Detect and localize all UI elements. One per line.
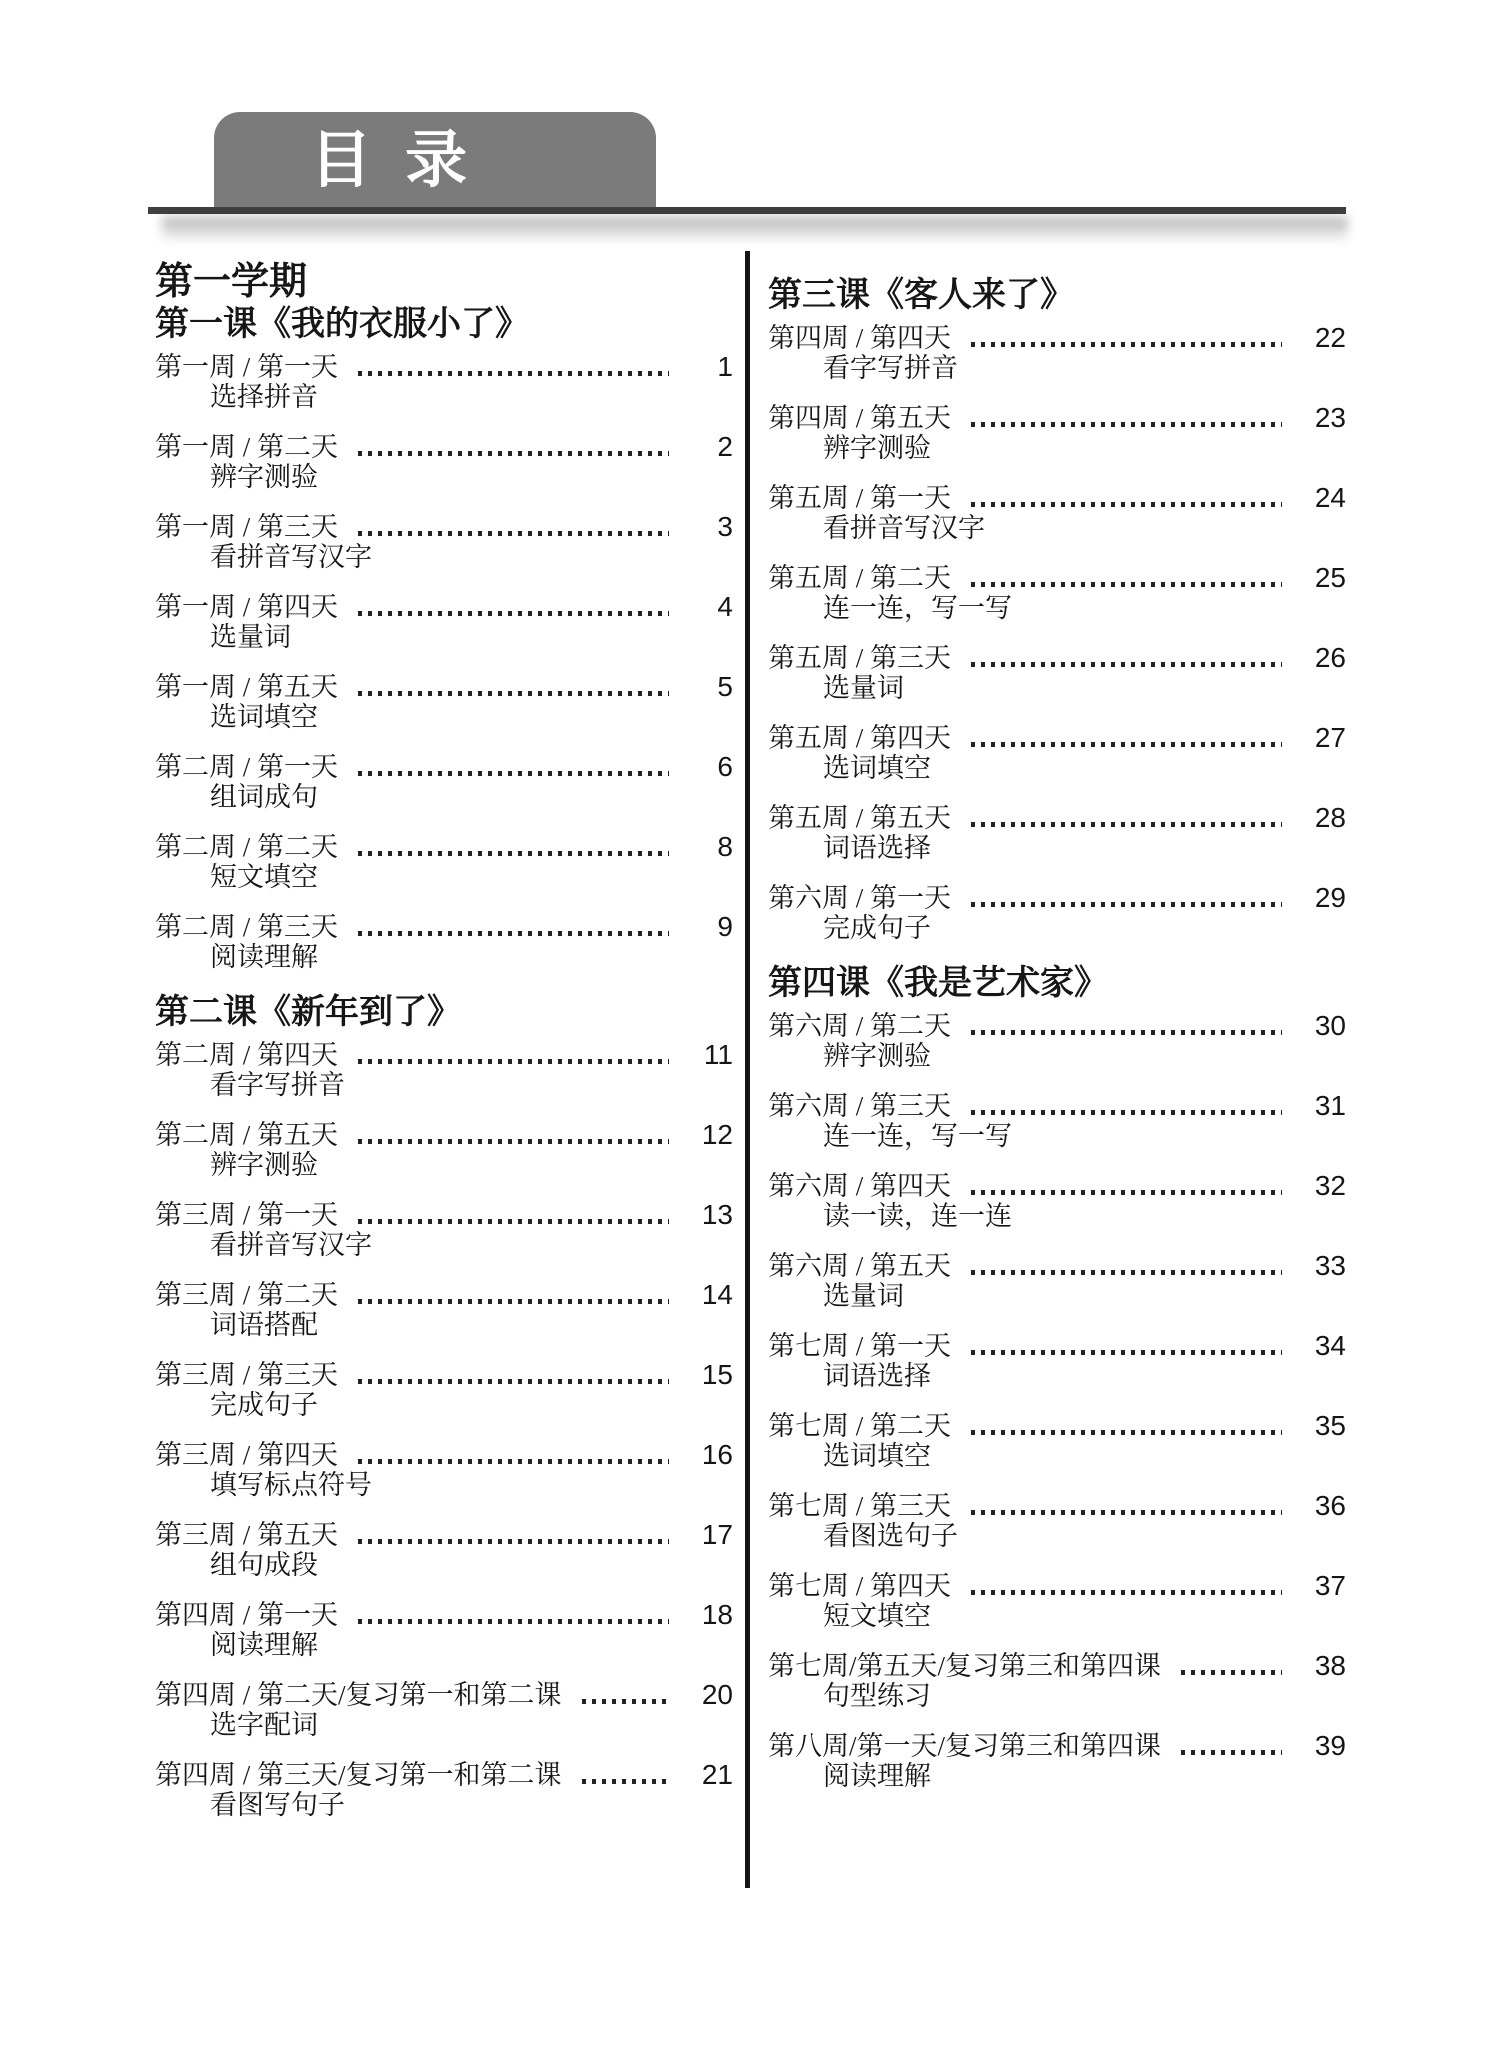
toc-entry-line: 第一周 / 第三天3: [155, 512, 733, 542]
exercise-type: 看拼音写汉字: [210, 542, 733, 572]
lesson-title: 第一课《我的衣服小了》: [155, 304, 733, 344]
toc-entry-line: 第一周 / 第二天2: [155, 432, 733, 462]
exercise-type: 词语搭配: [210, 1310, 733, 1340]
dot-leader: [582, 1699, 669, 1704]
page-number: 14: [683, 1280, 733, 1310]
dot-leader: [358, 1059, 669, 1064]
header-shadow: [162, 217, 1348, 243]
page-number: 8: [683, 832, 733, 862]
toc-entry: 第六周 / 第二天30辨字测验: [768, 1011, 1346, 1071]
toc-entry-label: 第二周 / 第三天: [155, 912, 338, 942]
toc-entry: 第三周 / 第三天15完成句子: [155, 1360, 733, 1420]
header-rule: [148, 207, 1346, 214]
toc-entry-label: 第六周 / 第三天: [768, 1091, 951, 1121]
toc-entry-line: 第四周 / 第二天/复习第一和第二课20: [155, 1680, 733, 1710]
toc-entry-label: 第五周 / 第五天: [768, 803, 951, 833]
toc-entry-label: 第七周 / 第三天: [768, 1491, 951, 1521]
exercise-type: 辨字测验: [823, 433, 1346, 463]
dot-leader: [971, 582, 1282, 587]
toc-entry-line: 第六周 / 第五天33: [768, 1251, 1346, 1281]
lesson-title: 第二课《新年到了》: [155, 992, 733, 1032]
toc-entry-line: 第三周 / 第一天13: [155, 1200, 733, 1230]
toc-entry: 第二周 / 第一天6组词成句: [155, 752, 733, 812]
toc-tab: 目 录: [214, 112, 656, 210]
toc-entry: 第二周 / 第二天8短文填空: [155, 832, 733, 892]
dot-leader: [358, 371, 669, 376]
dot-leader: [971, 1590, 1282, 1595]
page-number: 3: [683, 512, 733, 542]
toc-entry-line: 第六周 / 第三天31: [768, 1091, 1346, 1121]
page-number: 32: [1296, 1171, 1346, 1201]
dot-leader: [971, 502, 1282, 507]
exercise-type: 看图选句子: [823, 1521, 1346, 1551]
toc-entry-label: 第四周 / 第四天: [768, 323, 951, 353]
toc-entry-line: 第六周 / 第四天32: [768, 1171, 1346, 1201]
page-number: 39: [1296, 1731, 1346, 1761]
page-number: 25: [1296, 563, 1346, 593]
toc-entry-line: 第五周 / 第一天24: [768, 483, 1346, 513]
dot-leader: [358, 1139, 669, 1144]
exercise-type: 选量词: [823, 673, 1346, 703]
toc-entry: 第五周 / 第三天26选量词: [768, 643, 1346, 703]
dot-leader: [971, 1190, 1282, 1195]
dot-leader: [358, 851, 669, 856]
page-number: 36: [1296, 1491, 1346, 1521]
toc-entry-line: 第三周 / 第四天16: [155, 1440, 733, 1470]
exercise-type: 看字写拼音: [210, 1070, 733, 1100]
dot-leader: [1181, 1750, 1282, 1755]
dot-leader: [358, 1379, 669, 1384]
toc-entry-label: 第三周 / 第二天: [155, 1280, 338, 1310]
dot-leader: [971, 662, 1282, 667]
toc-entry: 第一周 / 第五天5选词填空: [155, 672, 733, 732]
exercise-type: 选词填空: [823, 1441, 1346, 1471]
toc-entry-label: 第一周 / 第一天: [155, 352, 338, 382]
exercise-type: 看字写拼音: [823, 353, 1346, 383]
toc-entry-line: 第一周 / 第五天5: [155, 672, 733, 702]
toc-entry: 第四周 / 第三天/复习第一和第二课21看图写句子: [155, 1760, 733, 1820]
exercise-type: 填写标点符号: [210, 1470, 733, 1500]
dot-leader: [971, 1030, 1282, 1035]
exercise-type: 辨字测验: [823, 1041, 1346, 1071]
toc-entry-line: 第四周 / 第四天22: [768, 323, 1346, 353]
page-number: 33: [1296, 1251, 1346, 1281]
left-column: 第一学期 第一课《我的衣服小了》第一周 / 第一天1选择拼音第一周 / 第二天2…: [155, 260, 733, 1840]
toc-entry: 第一周 / 第二天2辨字测验: [155, 432, 733, 492]
toc-entry-line: 第二周 / 第三天9: [155, 912, 733, 942]
toc-entry-label: 第一周 / 第五天: [155, 672, 338, 702]
toc-entry-line: 第二周 / 第一天6: [155, 752, 733, 782]
dot-leader: [358, 1219, 669, 1224]
exercise-type: 短文填空: [210, 862, 733, 892]
toc-entry-line: 第二周 / 第五天12: [155, 1120, 733, 1150]
toc-entry-label: 第三周 / 第一天: [155, 1200, 338, 1230]
toc-entry: 第二周 / 第四天11看字写拼音: [155, 1040, 733, 1100]
page-number: 4: [683, 592, 733, 622]
exercise-type: 完成句子: [210, 1390, 733, 1420]
page-number: 20: [683, 1680, 733, 1710]
page-number: 27: [1296, 723, 1346, 753]
toc-entry: 第七周/第五天/复习第三和第四课38句型练习: [768, 1651, 1346, 1711]
page-number: 29: [1296, 883, 1346, 913]
toc-entry: 第三周 / 第五天17组句成段: [155, 1520, 733, 1580]
page-number: 13: [683, 1200, 733, 1230]
toc-entry-label: 第四周 / 第三天/复习第一和第二课: [155, 1760, 562, 1790]
dot-leader: [358, 1299, 669, 1304]
toc-entry: 第六周 / 第五天33选量词: [768, 1251, 1346, 1311]
exercise-type: 辨字测验: [210, 1150, 733, 1180]
page-number: 35: [1296, 1411, 1346, 1441]
toc-entry-label: 第二周 / 第五天: [155, 1120, 338, 1150]
toc-entry-line: 第四周 / 第一天18: [155, 1600, 733, 1630]
toc-entry: 第三周 / 第四天16填写标点符号: [155, 1440, 733, 1500]
dot-leader: [358, 691, 669, 696]
toc-entry-label: 第三周 / 第四天: [155, 1440, 338, 1470]
toc-entry-label: 第一周 / 第二天: [155, 432, 338, 462]
exercise-type: 连一连，写一写: [823, 593, 1346, 623]
exercise-type: 完成句子: [823, 913, 1346, 943]
toc-entry-label: 第五周 / 第一天: [768, 483, 951, 513]
toc-entry-label: 第七周 / 第二天: [768, 1411, 951, 1441]
toc-entry: 第五周 / 第四天27选词填空: [768, 723, 1346, 783]
toc-entry-line: 第八周/第一天/复习第三和第四课39: [768, 1731, 1346, 1761]
page-number: 12: [683, 1120, 733, 1150]
toc-entry-line: 第四周 / 第三天/复习第一和第二课21: [155, 1760, 733, 1790]
exercise-type: 词语选择: [823, 1361, 1346, 1391]
toc-entry-line: 第七周 / 第四天37: [768, 1571, 1346, 1601]
exercise-type: 选量词: [823, 1281, 1346, 1311]
toc-entry: 第六周 / 第三天31连一连，写一写: [768, 1091, 1346, 1151]
toc-entry: 第四周 / 第一天18阅读理解: [155, 1600, 733, 1660]
dot-leader: [971, 1270, 1282, 1275]
exercise-type: 选词填空: [823, 753, 1346, 783]
toc-entry-label: 第二周 / 第四天: [155, 1040, 338, 1070]
page-number: 23: [1296, 403, 1346, 433]
toc-entry: 第三周 / 第二天14词语搭配: [155, 1280, 733, 1340]
dot-leader: [358, 611, 669, 616]
toc-entry-line: 第三周 / 第三天15: [155, 1360, 733, 1390]
toc-entry: 第八周/第一天/复习第三和第四课39阅读理解: [768, 1731, 1346, 1791]
toc-entry-label: 第一周 / 第四天: [155, 592, 338, 622]
exercise-type: 辨字测验: [210, 462, 733, 492]
toc-entry-label: 第二周 / 第一天: [155, 752, 338, 782]
toc-entry-label: 第七周 / 第四天: [768, 1571, 951, 1601]
dot-leader: [971, 1110, 1282, 1115]
exercise-type: 短文填空: [823, 1601, 1346, 1631]
toc-entry-line: 第三周 / 第五天17: [155, 1520, 733, 1550]
toc-entry-label: 第六周 / 第二天: [768, 1011, 951, 1041]
toc-entry: 第二周 / 第五天12辨字测验: [155, 1120, 733, 1180]
toc-entry-label: 第三周 / 第三天: [155, 1360, 338, 1390]
dot-leader: [971, 742, 1282, 747]
toc-entry: 第一周 / 第三天3看拼音写汉字: [155, 512, 733, 572]
dot-leader: [971, 1430, 1282, 1435]
toc-entry: 第二周 / 第三天9阅读理解: [155, 912, 733, 972]
page-number: 37: [1296, 1571, 1346, 1601]
exercise-type: 看拼音写汉字: [823, 513, 1346, 543]
right-column: 第三课《客人来了》第四周 / 第四天22看字写拼音第四周 / 第五天23辨字测验…: [768, 275, 1346, 1811]
dot-leader: [358, 931, 669, 936]
dot-leader: [358, 1619, 669, 1624]
page-number: 15: [683, 1360, 733, 1390]
exercise-type: 选字配词: [210, 1710, 733, 1740]
toc-entry-line: 第六周 / 第二天30: [768, 1011, 1346, 1041]
toc-entry-label: 第八周/第一天/复习第三和第四课: [768, 1731, 1161, 1761]
toc-entry-label: 第六周 / 第五天: [768, 1251, 951, 1281]
exercise-type: 选择拼音: [210, 382, 733, 412]
toc-entry-label: 第六周 / 第四天: [768, 1171, 951, 1201]
page-number: 17: [683, 1520, 733, 1550]
page-number: 34: [1296, 1331, 1346, 1361]
exercise-type: 读一读，连一连: [823, 1201, 1346, 1231]
dot-leader: [971, 342, 1282, 347]
toc-entry-label: 第七周 / 第一天: [768, 1331, 951, 1361]
toc-entry-line: 第二周 / 第四天11: [155, 1040, 733, 1070]
dot-leader: [971, 1350, 1282, 1355]
dot-leader: [971, 822, 1282, 827]
dot-leader: [358, 771, 669, 776]
exercise-type: 看拼音写汉字: [210, 1230, 733, 1260]
exercise-type: 句型练习: [823, 1681, 1346, 1711]
toc-entry-label: 第五周 / 第二天: [768, 563, 951, 593]
toc-entry: 第五周 / 第一天24看拼音写汉字: [768, 483, 1346, 543]
dot-leader: [582, 1779, 669, 1784]
toc-entry: 第六周 / 第一天29完成句子: [768, 883, 1346, 943]
toc-entry-line: 第一周 / 第一天1: [155, 352, 733, 382]
toc-entry-label: 第四周 / 第一天: [155, 1600, 338, 1630]
toc-entry-line: 第二周 / 第二天8: [155, 832, 733, 862]
toc-entry: 第七周 / 第三天36看图选句子: [768, 1491, 1346, 1551]
toc-entry: 第三周 / 第一天13看拼音写汉字: [155, 1200, 733, 1260]
toc-entry-line: 第七周 / 第三天36: [768, 1491, 1346, 1521]
dot-leader: [971, 902, 1282, 907]
toc-entry-line: 第七周 / 第一天34: [768, 1331, 1346, 1361]
toc-entry-line: 第五周 / 第三天26: [768, 643, 1346, 673]
page-number: 2: [683, 432, 733, 462]
page-number: 26: [1296, 643, 1346, 673]
semester-title: 第一学期: [155, 260, 733, 304]
toc-entry-label: 第四周 / 第五天: [768, 403, 951, 433]
page-number: 38: [1296, 1651, 1346, 1681]
exercise-type: 阅读理解: [210, 942, 733, 972]
toc-entry-label: 第四周 / 第二天/复习第一和第二课: [155, 1680, 562, 1710]
toc-entry: 第五周 / 第二天25连一连，写一写: [768, 563, 1346, 623]
page-number: 21: [683, 1760, 733, 1790]
toc-entry-label: 第七周/第五天/复习第三和第四课: [768, 1651, 1161, 1681]
toc-entry-label: 第三周 / 第五天: [155, 1520, 338, 1550]
toc-entry-line: 第七周 / 第二天35: [768, 1411, 1346, 1441]
page-number: 5: [683, 672, 733, 702]
exercise-type: 选量词: [210, 622, 733, 652]
toc-entry-line: 第七周/第五天/复习第三和第四课38: [768, 1651, 1346, 1681]
exercise-type: 看图写句子: [210, 1790, 733, 1820]
page-number: 18: [683, 1600, 733, 1630]
dot-leader: [971, 422, 1282, 427]
dot-leader: [358, 1539, 669, 1544]
toc-entry-line: 第六周 / 第一天29: [768, 883, 1346, 913]
toc-entry-label: 第五周 / 第三天: [768, 643, 951, 673]
lesson-title: 第三课《客人来了》: [768, 275, 1346, 315]
lesson-title: 第四课《我是艺术家》: [768, 963, 1346, 1003]
toc-entry-line: 第五周 / 第二天25: [768, 563, 1346, 593]
dot-leader: [358, 451, 669, 456]
dot-leader: [971, 1510, 1282, 1515]
page-number: 6: [683, 752, 733, 782]
toc-page: 目 录 第一学期 第一课《我的衣服小了》第一周 / 第一天1选择拼音第一周 / …: [0, 0, 1495, 2046]
exercise-type: 连一连，写一写: [823, 1121, 1346, 1151]
page-number: 9: [683, 912, 733, 942]
exercise-type: 组句成段: [210, 1550, 733, 1580]
toc-entry: 第七周 / 第一天34词语选择: [768, 1331, 1346, 1391]
page-number: 31: [1296, 1091, 1346, 1121]
exercise-type: 组词成句: [210, 782, 733, 812]
toc-entry: 第七周 / 第二天35选词填空: [768, 1411, 1346, 1471]
toc-entry: 第七周 / 第四天37短文填空: [768, 1571, 1346, 1631]
page-number: 30: [1296, 1011, 1346, 1041]
toc-entry: 第六周 / 第四天32读一读，连一连: [768, 1171, 1346, 1231]
toc-entry-label: 第五周 / 第四天: [768, 723, 951, 753]
toc-entry-line: 第五周 / 第四天27: [768, 723, 1346, 753]
toc-entry-line: 第四周 / 第五天23: [768, 403, 1346, 433]
toc-entry: 第四周 / 第二天/复习第一和第二课20选字配词: [155, 1680, 733, 1740]
page-number: 1: [683, 352, 733, 382]
toc-entry: 第四周 / 第四天22看字写拼音: [768, 323, 1346, 383]
toc-entry-label: 第六周 / 第一天: [768, 883, 951, 913]
toc-entry-label: 第二周 / 第二天: [155, 832, 338, 862]
toc-entry-line: 第一周 / 第四天4: [155, 592, 733, 622]
dot-leader: [358, 531, 669, 536]
toc-entry-line: 第五周 / 第五天28: [768, 803, 1346, 833]
dot-leader: [358, 1459, 669, 1464]
page-number: 16: [683, 1440, 733, 1470]
page-title: 目 录: [214, 112, 656, 210]
toc-entry: 第一周 / 第一天1选择拼音: [155, 352, 733, 412]
toc-entry-label: 第一周 / 第三天: [155, 512, 338, 542]
page-number: 22: [1296, 323, 1346, 353]
column-divider: [745, 251, 750, 1888]
page-number: 28: [1296, 803, 1346, 833]
toc-entry: 第四周 / 第五天23辨字测验: [768, 403, 1346, 463]
toc-entry: 第五周 / 第五天28词语选择: [768, 803, 1346, 863]
exercise-type: 词语选择: [823, 833, 1346, 863]
toc-entry: 第一周 / 第四天4选量词: [155, 592, 733, 652]
exercise-type: 阅读理解: [823, 1761, 1346, 1791]
page-number: 24: [1296, 483, 1346, 513]
exercise-type: 选词填空: [210, 702, 733, 732]
dot-leader: [1181, 1670, 1282, 1675]
toc-entry-line: 第三周 / 第二天14: [155, 1280, 733, 1310]
exercise-type: 阅读理解: [210, 1630, 733, 1660]
page-number: 11: [683, 1040, 733, 1070]
